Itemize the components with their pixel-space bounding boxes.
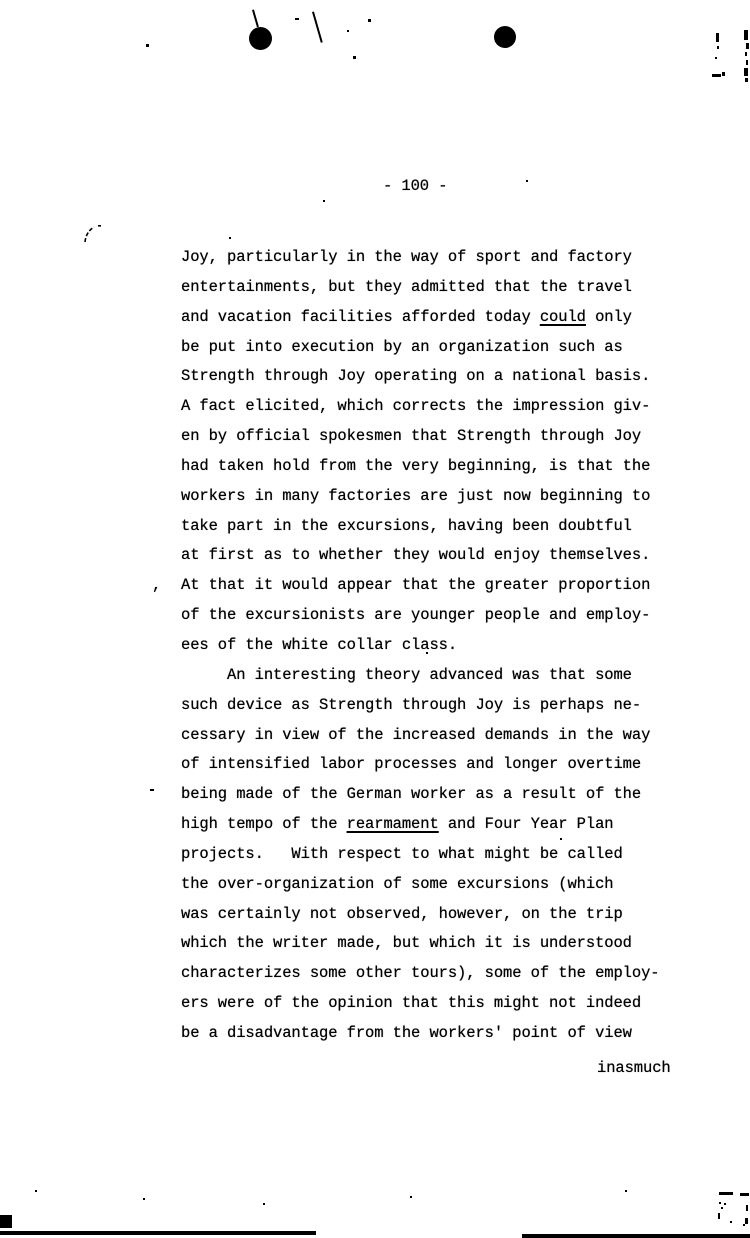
scan-scratch [252,9,259,27]
text-line: was certainly not observed, however, on … [181,900,659,930]
scan-speck [716,33,719,42]
scan-speck [746,60,748,65]
text-line: which the writer made, but which it is u… [181,929,659,959]
text-line: had taken hold from the very beginning, … [181,452,659,482]
scan-speck [746,43,749,49]
text-line: An interesting theory advanced was that … [181,661,659,691]
scan-speck [146,44,149,47]
scan-speck [715,57,717,59]
text-line: be a disadvantage from the workers' poin… [181,1019,659,1049]
scan-speck [35,1190,37,1192]
text-line: of intensified labor processes and longe… [181,750,659,780]
scan-corner-block [0,1215,12,1228]
underlined-word: could [540,308,586,326]
text-line: At that it would appear that the greater… [181,571,659,601]
scan-speck [745,52,747,56]
scanned-document-page: - 100 - Joy, particularly in the way of … [0,0,750,1238]
scan-speck [426,652,428,654]
scan-speck [722,72,725,76]
scan-speck [410,1196,412,1198]
scan-speck [347,30,349,32]
text-line: be put into execution by an organization… [181,333,659,363]
punch-hole-right [494,26,516,48]
punch-hole-left [249,27,272,50]
text-line: take part in the excursions, having been… [181,512,659,542]
scan-speck [353,56,356,59]
text-line: ees of the white collar class. [181,631,659,661]
text-line: and vacation facilities afforded today c… [181,303,659,333]
scan-speck [719,1202,721,1204]
text-line: ers were of the opinion that this might … [181,989,659,1019]
scan-speck [263,1203,265,1205]
scan-speck [719,1192,733,1195]
scan-speck [745,1218,748,1224]
text-line: being made of the German worker as a res… [181,780,659,810]
text-line: entertainments, but they admitted that t… [181,273,659,303]
underlined-word: rearmament [347,815,439,833]
scan-speck [721,1207,723,1209]
scan-speck [740,1193,749,1196]
scan-speck [368,19,371,22]
text-line: of the excursionists are younger people … [181,601,659,631]
margin-stray-mark: , [152,576,161,594]
page-number: - 100 - [383,177,447,195]
text-line: en by official spokesmen that Strength t… [181,422,659,452]
scan-speck [560,838,562,840]
text-line: A fact elicited, which corrects the impr… [181,392,659,422]
text-line: the over-organization of some excursions… [181,870,659,900]
scan-speck [745,78,748,82]
scan-edge-bar-right [522,1234,750,1238]
scan-speck [712,74,721,77]
text-line: cessary in view of the increased demands… [181,721,659,751]
scan-speck [323,200,325,202]
scan-speck [526,180,528,182]
scan-speck [625,1190,627,1192]
text-line: such device as Strength through Joy is p… [181,691,659,721]
pen-mark [82,222,104,246]
text-line: workers in many factories are just now b… [181,482,659,512]
scan-speck [746,1205,748,1211]
text-line: Strength through Joy operating on a nati… [181,362,659,392]
scan-speck [229,237,231,239]
scan-edge-bar-left [0,1231,316,1235]
typed-lines: Joy, particularly in the way of sport an… [181,243,659,1049]
scan-speck [744,68,748,76]
scan-scratch [312,11,323,42]
text-line: at first as to whether they would enjoy … [181,541,659,571]
text-line: projects. With respect to what might be … [181,840,659,870]
scan-speck [143,1198,145,1200]
scan-speck [744,30,748,40]
scan-speck [295,18,299,20]
scan-speck [724,1203,726,1205]
scan-speck [730,1221,732,1223]
scan-speck [743,1224,745,1226]
scan-speck [717,46,719,49]
scan-speck [150,789,154,791]
scan-speck [718,1213,720,1219]
text-line: Joy, particularly in the way of sport an… [181,243,659,273]
text-line: high tempo of the rearmament and Four Ye… [181,810,659,840]
catchword: inasmuch [597,1059,671,1077]
text-line: characterizes some other tours), some of… [181,959,659,989]
